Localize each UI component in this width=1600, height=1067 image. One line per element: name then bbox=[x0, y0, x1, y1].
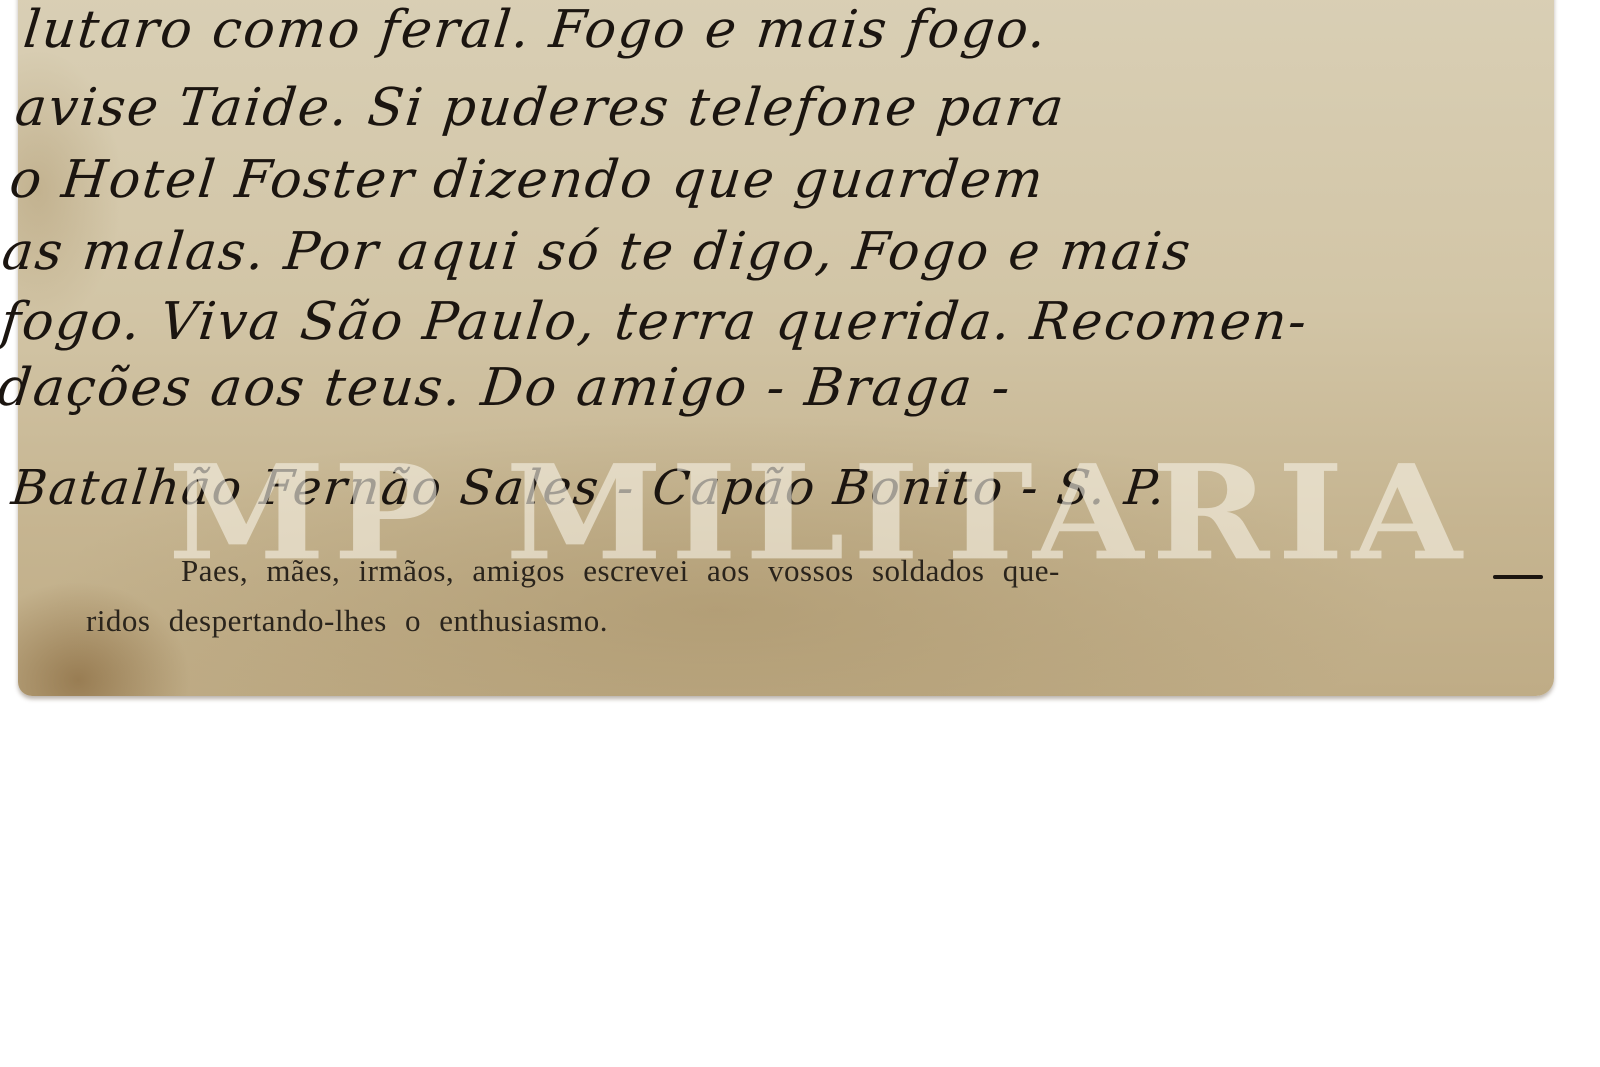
postcard: lutaro como feral. Fogo e mais fogo. avi… bbox=[18, 0, 1554, 696]
handwritten-line: fogo. Viva São Paulo, terra querida. Rec… bbox=[0, 292, 1311, 352]
handwritten-line: o Hotel Foster dizendo que guardem bbox=[7, 150, 1048, 210]
handwritten-line: lutaro como feral. Fogo e mais fogo. bbox=[21, 0, 1051, 60]
printed-line-1: Paes, mães, irmãos, amigos escrevei aos … bbox=[86, 546, 1486, 596]
printed-line-2: ridos despertando-lhes o enthusiasmo. bbox=[86, 596, 1486, 646]
ink-dash bbox=[1493, 575, 1543, 579]
handwritten-line: dações aos teus. Do amigo - Braga - bbox=[0, 358, 1015, 418]
printed-caption: Paes, mães, irmãos, amigos escrevei aos … bbox=[86, 546, 1486, 646]
handwritten-line: avise Taide. Si puderes telefone para bbox=[12, 78, 1068, 138]
handwritten-line: as malas. Por aqui só te digo, Fogo e ma… bbox=[0, 222, 1195, 282]
